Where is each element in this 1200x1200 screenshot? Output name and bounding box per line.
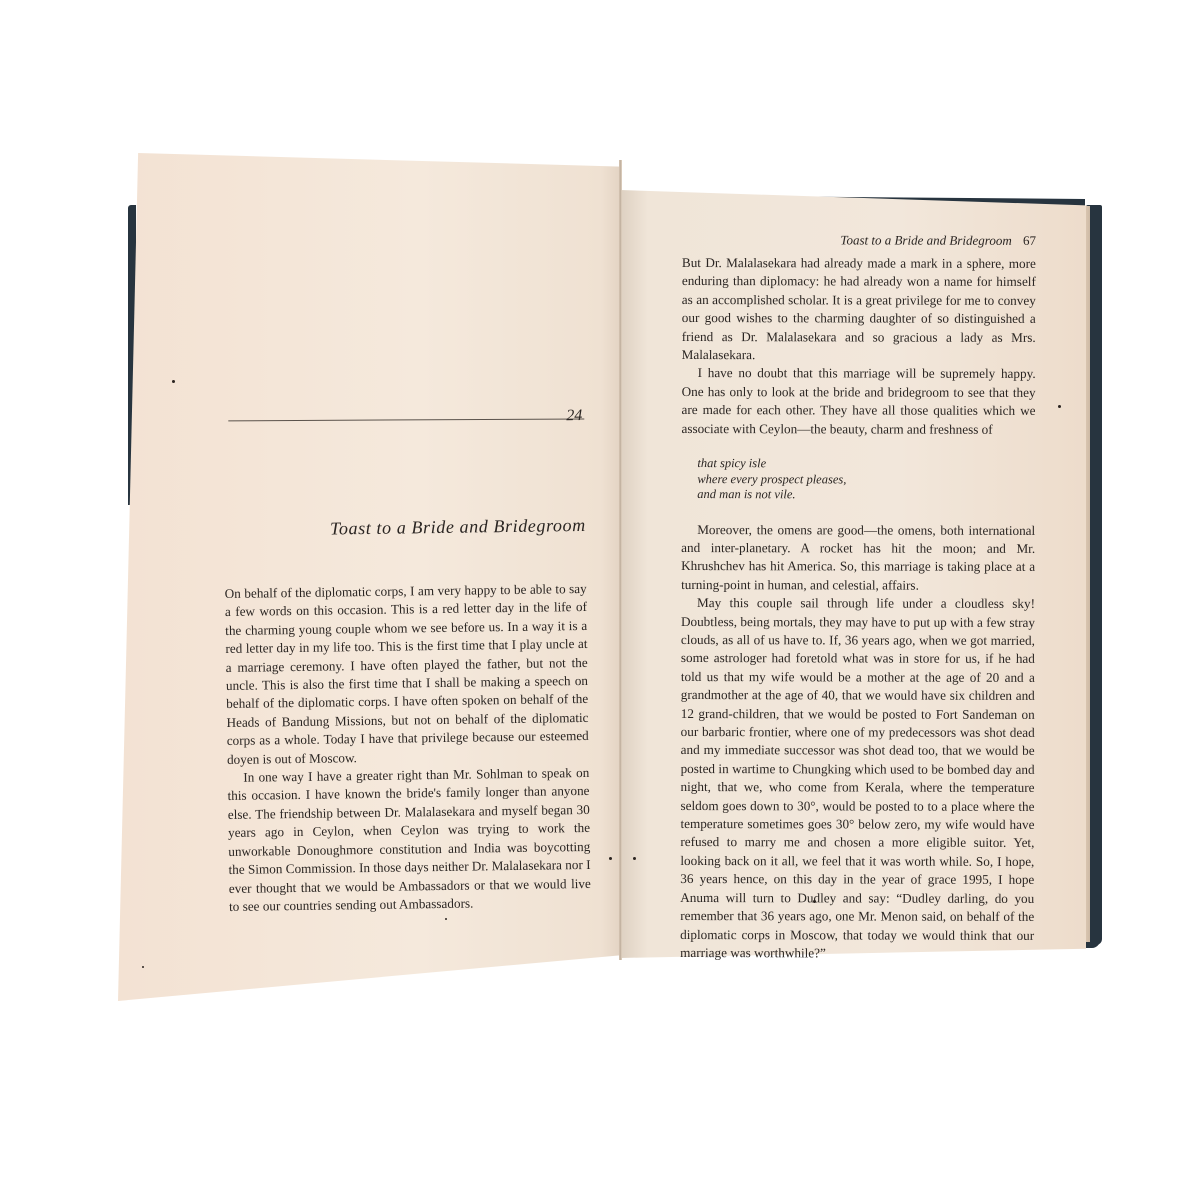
left-page-content: 24 Toast to a Bride and Bridegroom On be… [222, 395, 591, 916]
running-head-title: Toast to a Bride and Bridegroom [840, 232, 1011, 247]
paper-speck [633, 857, 636, 860]
right-body-text: But Dr. Malalasekara had already made a … [681, 254, 1035, 439]
paper-speck [813, 900, 816, 903]
verse-quote: that spicy isle where every prospect ple… [697, 456, 1035, 503]
paper-speck [609, 857, 612, 860]
paragraph: On behalf of the diplomatic corps, I am … [225, 580, 590, 769]
chapter-title: Toast to a Bride and Bridegroom [224, 515, 586, 541]
paragraph: May this couple sail through life under … [680, 594, 1035, 963]
paragraph: I have no doubt that this marriage will … [681, 364, 1035, 439]
paragraph: In one way I have a greater right than M… [227, 764, 591, 916]
running-head: Toast to a Bride and Bridegroom 67 [682, 232, 1036, 255]
paper-speck [172, 380, 175, 383]
book-gutter [619, 160, 622, 960]
paragraph: But Dr. Malalasekara had already made a … [682, 254, 1036, 365]
paper-speck [142, 966, 144, 968]
page-number: 67 [1023, 233, 1036, 248]
right-page-content: Toast to a Bride and Bridegroom 67 But D… [680, 232, 1036, 963]
chapter-number: 24 [566, 407, 582, 425]
verse-line: where every prospect pleases, [697, 472, 1035, 488]
paragraph: Moreover, the omens are good—the omens, … [681, 521, 1035, 596]
right-body-text-continued: Moreover, the omens are good—the omens, … [680, 521, 1035, 964]
verse-line: that spicy isle [697, 456, 1035, 472]
chapter-header: 24 [222, 395, 584, 434]
paper-speck [1058, 405, 1061, 408]
chapter-rule-divider [228, 418, 584, 421]
paper-speck [445, 918, 447, 920]
verse-line: and man is not vile. [697, 487, 1035, 503]
left-body-text: On behalf of the diplomatic corps, I am … [225, 580, 592, 916]
